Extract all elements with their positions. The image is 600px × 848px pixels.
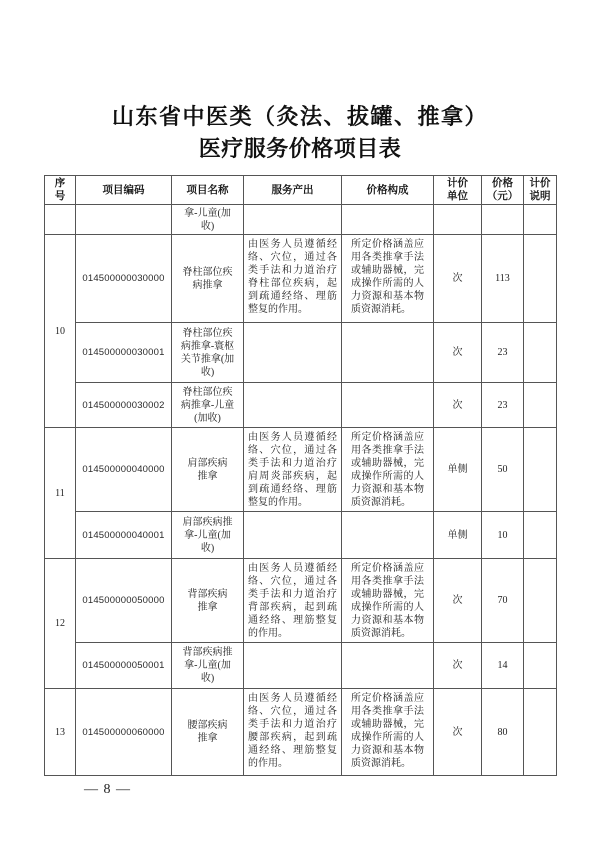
price-comp-cell xyxy=(342,383,434,428)
seq-cell xyxy=(45,205,76,235)
code-cell: 014500000040000 xyxy=(76,428,172,512)
name-cell: 脊柱部位疾病推拿-寰枢关节推拿(加收) xyxy=(172,323,244,383)
unit-cell: 次 xyxy=(434,323,482,383)
price-comp-cell xyxy=(342,205,434,235)
service-cell xyxy=(244,643,342,689)
price-cell: 70 xyxy=(482,559,524,643)
note-cell xyxy=(524,643,557,689)
note-cell xyxy=(524,428,557,512)
service-cell xyxy=(244,323,342,383)
col-header-seq: 序 号 xyxy=(45,176,76,205)
col-header-name: 项目名称 xyxy=(172,176,244,205)
price-table: 序 号项目编码项目名称服务产出价格构成计价 单位价格 （元）计价 说明拿-儿童(… xyxy=(44,175,557,776)
price-cell: 23 xyxy=(482,323,524,383)
price-cell: 14 xyxy=(482,643,524,689)
seq-cell: 10 xyxy=(45,235,76,428)
col-header-code: 项目编码 xyxy=(76,176,172,205)
unit-cell: 次 xyxy=(434,689,482,776)
code-cell: 014500000030000 xyxy=(76,235,172,323)
code-cell: 014500000040001 xyxy=(76,512,172,559)
price-cell: 50 xyxy=(482,428,524,512)
table-row: 10014500000030000脊柱部位疾病推拿由医务人员遵循经络、穴位，通过… xyxy=(45,235,557,323)
name-cell: 肩部疾病推拿-儿童(加收) xyxy=(172,512,244,559)
col-header-unit: 计价 单位 xyxy=(434,176,482,205)
unit-cell: 次 xyxy=(434,235,482,323)
price-cell: 80 xyxy=(482,689,524,776)
code-cell: 014500000050001 xyxy=(76,643,172,689)
code-cell: 014500000030002 xyxy=(76,383,172,428)
table-row: 014500000040001肩部疾病推拿-儿童(加收)单侧10 xyxy=(45,512,557,559)
page-title-line1: 山东省中医类（灸法、拔罐、推拿） xyxy=(0,104,600,130)
unit-cell: 次 xyxy=(434,383,482,428)
header-row: 序 号项目编码项目名称服务产出价格构成计价 单位价格 （元）计价 说明 xyxy=(45,176,557,205)
seq-cell: 11 xyxy=(45,428,76,559)
note-cell xyxy=(524,323,557,383)
note-cell xyxy=(524,205,557,235)
table-row: 13014500000060000腰部疾病 推拿由医务人员遵循经络、穴位，通过各… xyxy=(45,689,557,776)
page-number: — 8 — xyxy=(84,782,131,798)
price-comp-cell: 所定价格涵盖应用各类推拿手法或辅助器械，完成操作所需的人力资源和基本物质资源消耗… xyxy=(342,689,434,776)
name-cell: 背部疾病 推拿 xyxy=(172,559,244,643)
page-title-line2: 医疗服务价格项目表 xyxy=(0,136,600,162)
price-cell: 113 xyxy=(482,235,524,323)
note-cell xyxy=(524,383,557,428)
note-cell xyxy=(524,512,557,559)
seq-cell: 12 xyxy=(45,559,76,689)
table-row: 014500000030001脊柱部位疾病推拿-寰枢关节推拿(加收)次23 xyxy=(45,323,557,383)
code-cell: 014500000030001 xyxy=(76,323,172,383)
service-cell xyxy=(244,383,342,428)
price-comp-cell: 所定价格涵盖应用各类推拿手法或辅助器械，完成操作所需的人力资源和基本物质资源消耗… xyxy=(342,428,434,512)
table-row: 014500000030002脊柱部位疾病推拿-儿童(加收)次23 xyxy=(45,383,557,428)
price-comp-cell xyxy=(342,512,434,559)
name-cell: 拿-儿童(加收) xyxy=(172,205,244,235)
price-comp-cell xyxy=(342,323,434,383)
document-page: 山东省中医类（灸法、拔罐、推拿） 医疗服务价格项目表 序 号项目编码项目名称服务… xyxy=(0,0,600,848)
price-comp-cell: 所定价格涵盖应用各类推拿手法或辅助器械，完成操作所需的人力资源和基本物质资源消耗… xyxy=(342,235,434,323)
note-cell xyxy=(524,559,557,643)
col-header-price: 价格 （元） xyxy=(482,176,524,205)
col-header-price-comp: 价格构成 xyxy=(342,176,434,205)
note-cell xyxy=(524,689,557,776)
name-cell: 背部疾病推拿-儿童(加收) xyxy=(172,643,244,689)
price-comp-cell xyxy=(342,643,434,689)
seq-cell: 13 xyxy=(45,689,76,776)
code-cell: 014500000050000 xyxy=(76,559,172,643)
service-cell xyxy=(244,512,342,559)
code-cell xyxy=(76,205,172,235)
table-row: 11014500000040000肩部疾病 推拿由医务人员遵循经络、穴位，通过各… xyxy=(45,428,557,512)
code-cell: 014500000060000 xyxy=(76,689,172,776)
unit-cell: 单侧 xyxy=(434,512,482,559)
price-cell: 10 xyxy=(482,512,524,559)
table-row: 拿-儿童(加收) xyxy=(45,205,557,235)
service-cell: 由医务人员遵循经络、穴位，通过各类手法和力道治疗腰部疾病，起到疏通经络、理筋整复… xyxy=(244,689,342,776)
price-cell: 23 xyxy=(482,383,524,428)
table-row: 12014500000050000背部疾病 推拿由医务人员遵循经络、穴位，通过各… xyxy=(45,559,557,643)
service-cell xyxy=(244,205,342,235)
name-cell: 脊柱部位疾病推拿-儿童(加收) xyxy=(172,383,244,428)
unit-cell: 单侧 xyxy=(434,428,482,512)
price-comp-cell: 所定价格涵盖应用各类推拿手法或辅助器械，完成操作所需的人力资源和基本物质资源消耗… xyxy=(342,559,434,643)
table-row: 014500000050001背部疾病推拿-儿童(加收)次14 xyxy=(45,643,557,689)
col-header-note: 计价 说明 xyxy=(524,176,557,205)
price-cell xyxy=(482,205,524,235)
unit-cell: 次 xyxy=(434,559,482,643)
service-cell: 由医务人员遵循经络、穴位，通过各类手法和力道治疗肩周炎部疾病，起到疏通经络、理筋… xyxy=(244,428,342,512)
name-cell: 腰部疾病 推拿 xyxy=(172,689,244,776)
service-cell: 由医务人员遵循经络、穴位，通过各类手法和力道治疗背部疾病，起到疏通经络、理筋整复… xyxy=(244,559,342,643)
note-cell xyxy=(524,235,557,323)
service-cell: 由医务人员遵循经络、穴位，通过各类手法和力道治疗脊柱部位疾病，起到疏通经络、理筋… xyxy=(244,235,342,323)
unit-cell: 次 xyxy=(434,643,482,689)
name-cell: 脊柱部位疾病推拿 xyxy=(172,235,244,323)
unit-cell xyxy=(434,205,482,235)
name-cell: 肩部疾病 推拿 xyxy=(172,428,244,512)
col-header-service: 服务产出 xyxy=(244,176,342,205)
